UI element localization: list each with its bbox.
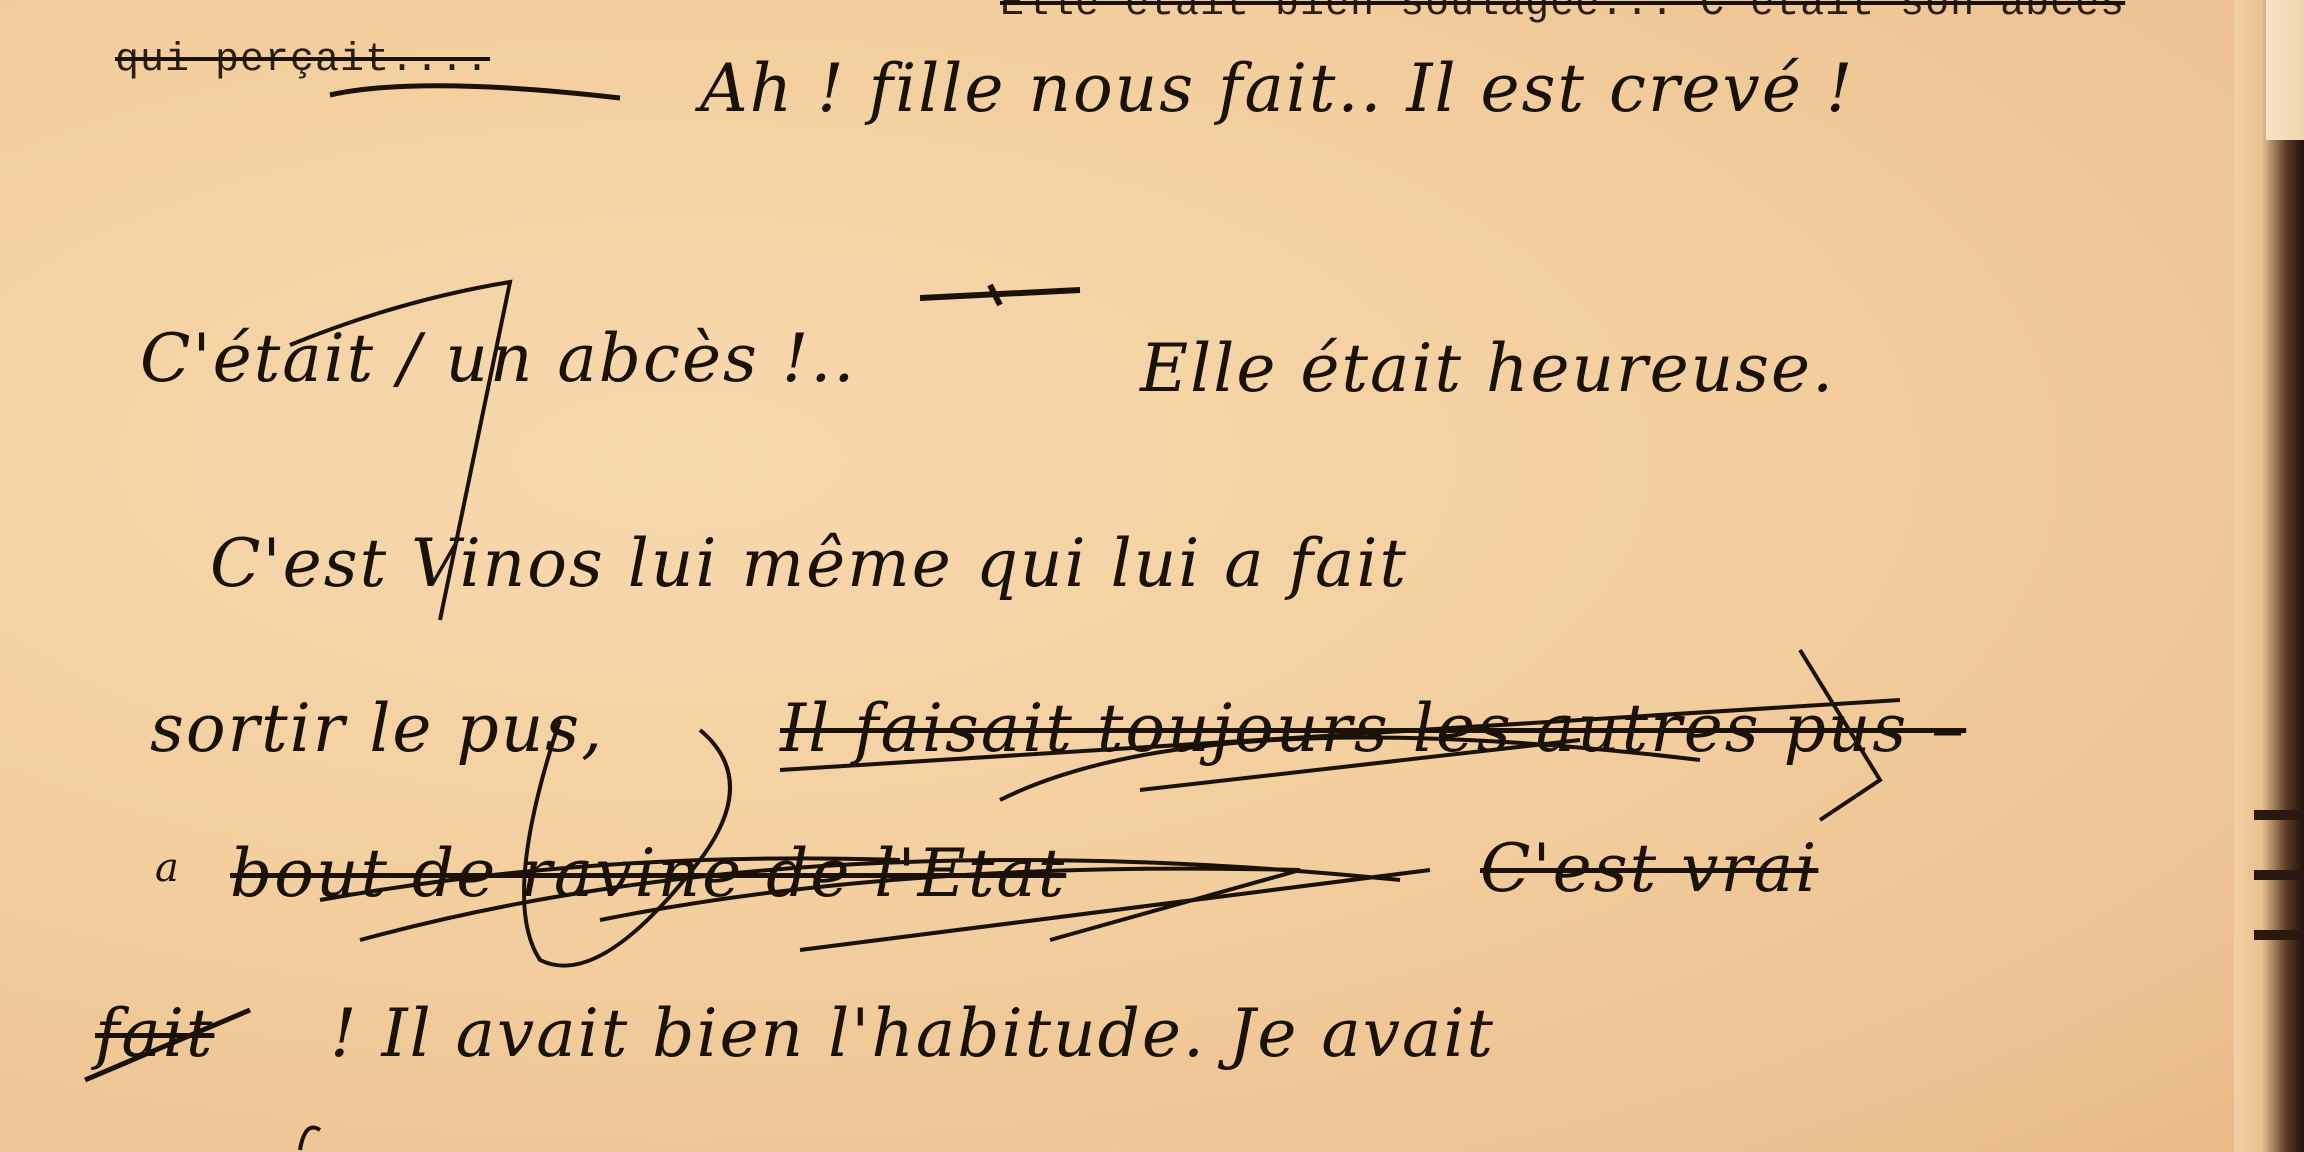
handwritten-line-6a: fait bbox=[95, 995, 214, 1072]
handwritten-line-3: C'est Vinos lui même qui lui a fait bbox=[210, 525, 1408, 602]
binding-stripe bbox=[2254, 930, 2304, 940]
handwritten-line-1: Ah ! fille nous fait.. Il est crevé ! bbox=[700, 50, 1854, 127]
binding-stripe bbox=[2254, 810, 2304, 820]
handwritten-line-5c: C'est vrai bbox=[1480, 830, 1818, 907]
handwritten-line-6b: ! Il avait bien l'habitude. Je avait bbox=[330, 995, 1495, 1072]
binding-stripe bbox=[2254, 870, 2304, 880]
typed-line-1: Elle était bien soulagée... C'était son … bbox=[1000, 0, 2125, 27]
handwritten-line-5b: bout de ravine de l'Etat bbox=[230, 835, 1066, 912]
handwritten-line-4b: Il faisait toujours les autres pus – bbox=[780, 690, 1966, 767]
underlying-page-edge bbox=[2266, 0, 2304, 140]
handwritten-line-4a: sortir le pus, bbox=[150, 690, 604, 767]
handwritten-line-2a: C'était / un abcès !.. bbox=[140, 320, 856, 397]
typed-line-2: qui perçait.... bbox=[115, 38, 490, 83]
manuscript-page: Elle était bien soulagée... C'était son … bbox=[0, 0, 2262, 1152]
handwritten-line-2b: Elle était heureuse. bbox=[1140, 330, 1835, 407]
handwritten-line-5a: a bbox=[155, 845, 181, 891]
page-edge-shadow bbox=[2234, 0, 2304, 1152]
insertion-mark-icon bbox=[920, 285, 1080, 305]
